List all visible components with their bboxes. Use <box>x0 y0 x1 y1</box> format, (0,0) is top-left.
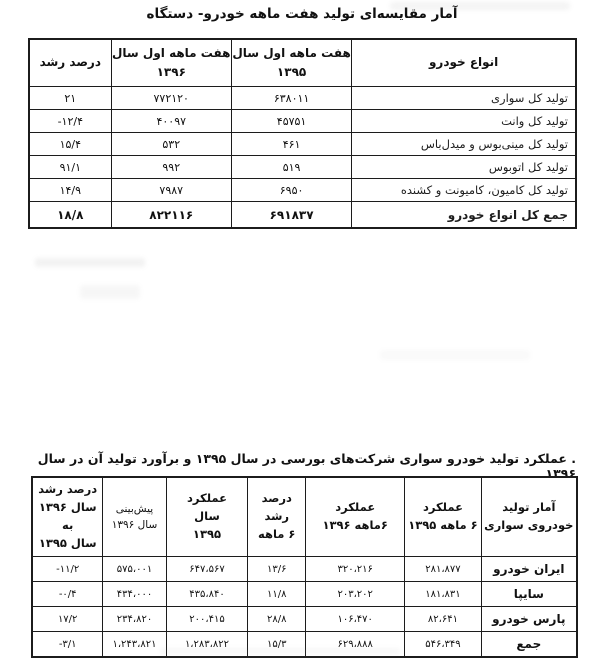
value-h1-1395: ۲۸۱،۸۷۷ <box>405 557 481 582</box>
table1-header-row: انواع خودرو هفت ماهه اول سال ۱۳۹۵ هفت ما… <box>29 39 576 87</box>
column-header-forecast-1396: پیش‌بینی سال ۱۳۹۶ <box>103 477 166 557</box>
value-1395: ۶۳۸۰۱۱ <box>231 87 351 110</box>
value-1395: ۵۱۹ <box>231 156 351 179</box>
value-h1-1396: ۱۰۶،۴۷۰ <box>306 607 405 632</box>
company-label: پارس خودرو <box>481 607 577 632</box>
value-1396: ۹۹۲ <box>111 156 231 179</box>
value-growth: ۹۱/۱ <box>29 156 111 179</box>
value-h1-1395: ۸۲،۶۴۱ <box>405 607 481 632</box>
value-1395: ۶۹۵۰ <box>231 179 351 202</box>
value-growth: ۱۴/۹ <box>29 179 111 202</box>
column-header-1395: هفت ماهه اول سال ۱۳۹۵ <box>231 39 351 87</box>
column-header-year-1395: عملکرد سال ۱۳۹۵ <box>166 477 248 557</box>
value-forecast-1396: ۵۷۵،۰۰۱ <box>103 557 166 582</box>
value-h1-growth: ۲۸/۸ <box>248 607 306 632</box>
company-label: سایپا <box>481 582 577 607</box>
scan-artifact <box>35 258 145 267</box>
table-row: ایران خودرو ۲۸۱،۸۷۷ ۳۲۰،۲۱۶ ۱۳/۶ ۶۴۷،۵۶۷… <box>32 557 577 582</box>
total-h1-growth: ۱۵/۳ <box>248 632 306 658</box>
seven-month-production-table: انواع خودرو هفت ماهه اول سال ۱۳۹۵ هفت ما… <box>28 38 577 229</box>
value-growth: ۲۱ <box>29 87 111 110</box>
value-year-growth: -۱۱/۲ <box>32 557 103 582</box>
value-h1-growth: ۱۱/۸ <box>248 582 306 607</box>
row-label: تولید کل مینی‌بوس و میدل‌باس <box>352 133 576 156</box>
column-header-h1-growth: درصد رشد ۶ ماهه <box>248 477 306 557</box>
value-growth: -۱۲/۴ <box>29 110 111 133</box>
table-row: تولید کل سواری ۶۳۸۰۱۱ ۷۷۲۱۲۰ ۲۱ <box>29 87 576 110</box>
table-row: تولید کل مینی‌بوس و میدل‌باس ۴۶۱ ۵۳۲ ۱۵/… <box>29 133 576 156</box>
table-row: تولید کل کامیون، کامیونت و کشنده ۶۹۵۰ ۷۹… <box>29 179 576 202</box>
column-header-vehicle-type: انواع خودرو <box>352 39 576 87</box>
total-row: جمع کل انواع خودرو ۶۹۱۸۳۷ ۸۲۲۱۱۶ ۱۸/۸ <box>29 202 576 229</box>
column-header-growth-percent: درصد رشد <box>29 39 111 87</box>
total-h1-1396: ۶۲۹،۸۸۸ <box>306 632 405 658</box>
table2-header-row: آمار تولید خودروی سواری عملکرد ۶ ماهه ۱۳… <box>32 477 577 557</box>
total-value-1395: ۶۹۱۸۳۷ <box>231 202 351 229</box>
total-year-growth: -۳/۱ <box>32 632 103 658</box>
value-h1-1396: ۳۲۰،۲۱۶ <box>306 557 405 582</box>
value-h1-growth: ۱۳/۶ <box>248 557 306 582</box>
table-row: پارس خودرو ۸۲،۶۴۱ ۱۰۶،۴۷۰ ۲۸/۸ ۲۰۰،۴۱۵ ۲… <box>32 607 577 632</box>
row-label: تولید کل سواری <box>352 87 576 110</box>
column-header-1396: هفت ماهه اول سال ۱۳۹۶ <box>111 39 231 87</box>
value-year-growth: -۰/۴ <box>32 582 103 607</box>
total-value-growth: ۱۸/۸ <box>29 202 111 229</box>
total-row: جمع ۵۴۶،۳۴۹ ۶۲۹،۸۸۸ ۱۵/۳ ۱،۲۸۳،۸۲۲ ۱،۲۴۳… <box>32 632 577 658</box>
value-1396: ۷۷۲۱۲۰ <box>111 87 231 110</box>
value-forecast-1396: ۴۳۴،۰۰۰ <box>103 582 166 607</box>
row-label: تولید کل اتوبوس <box>352 156 576 179</box>
value-year-1395: ۶۴۷،۵۶۷ <box>166 557 248 582</box>
total-h1-1395: ۵۴۶،۳۴۹ <box>405 632 481 658</box>
table-row: تولید کل وانت ۴۵۷۵۱ ۴۰۰۹۷ -۱۲/۴ <box>29 110 576 133</box>
value-year-growth: ۱۷/۲ <box>32 607 103 632</box>
total-year-1395: ۱،۲۸۳،۸۲۲ <box>166 632 248 658</box>
column-header-company: آمار تولید خودروی سواری <box>481 477 577 557</box>
value-forecast-1396: ۲۳۴،۸۲۰ <box>103 607 166 632</box>
row-label: تولید کل کامیون، کامیونت و کشنده <box>352 179 576 202</box>
value-1396: ۵۳۲ <box>111 133 231 156</box>
value-1396: ۷۹۸۷ <box>111 179 231 202</box>
row-label: تولید کل وانت <box>352 110 576 133</box>
value-year-1395: ۴۳۵،۸۴۰ <box>166 582 248 607</box>
total-row-label: جمع <box>481 632 577 658</box>
table-row: تولید کل اتوبوس ۵۱۹ ۹۹۲ ۹۱/۱ <box>29 156 576 179</box>
value-1396: ۴۰۰۹۷ <box>111 110 231 133</box>
section1-title: آمار مقایسه‌ای تولید هفت ماهه خودرو- دست… <box>0 6 604 22</box>
value-1395: ۴۶۱ <box>231 133 351 156</box>
value-h1-1396: ۲۰۳،۲۰۲ <box>306 582 405 607</box>
scan-artifact <box>380 350 530 360</box>
column-header-h1-1396: عملکرد ۶ماهه ۱۳۹۶ <box>306 477 405 557</box>
value-1395: ۴۵۷۵۱ <box>231 110 351 133</box>
bourse-companies-production-table: آمار تولید خودروی سواری عملکرد ۶ ماهه ۱۳… <box>31 476 578 658</box>
total-row-label: جمع کل انواع خودرو <box>352 202 576 229</box>
total-forecast-1396: ۱،۲۴۳،۸۲۱ <box>103 632 166 658</box>
scan-artifact <box>80 285 140 299</box>
value-year-1395: ۲۰۰،۴۱۵ <box>166 607 248 632</box>
total-value-1396: ۸۲۲۱۱۶ <box>111 202 231 229</box>
scanned-document-page: آمار مقایسه‌ای تولید هفت ماهه خودرو- دست… <box>0 0 604 664</box>
column-header-h1-1395: عملکرد ۶ ماهه ۱۳۹۵ <box>405 477 481 557</box>
table-row: سایپا ۱۸۱،۸۳۱ ۲۰۳،۲۰۲ ۱۱/۸ ۴۳۵،۸۴۰ ۴۳۴،۰… <box>32 582 577 607</box>
column-header-year-growth: درصد رشد سال ۱۳۹۶ به سال ۱۳۹۵ <box>32 477 103 557</box>
company-label: ایران خودرو <box>481 557 577 582</box>
value-h1-1395: ۱۸۱،۸۳۱ <box>405 582 481 607</box>
value-growth: ۱۵/۴ <box>29 133 111 156</box>
